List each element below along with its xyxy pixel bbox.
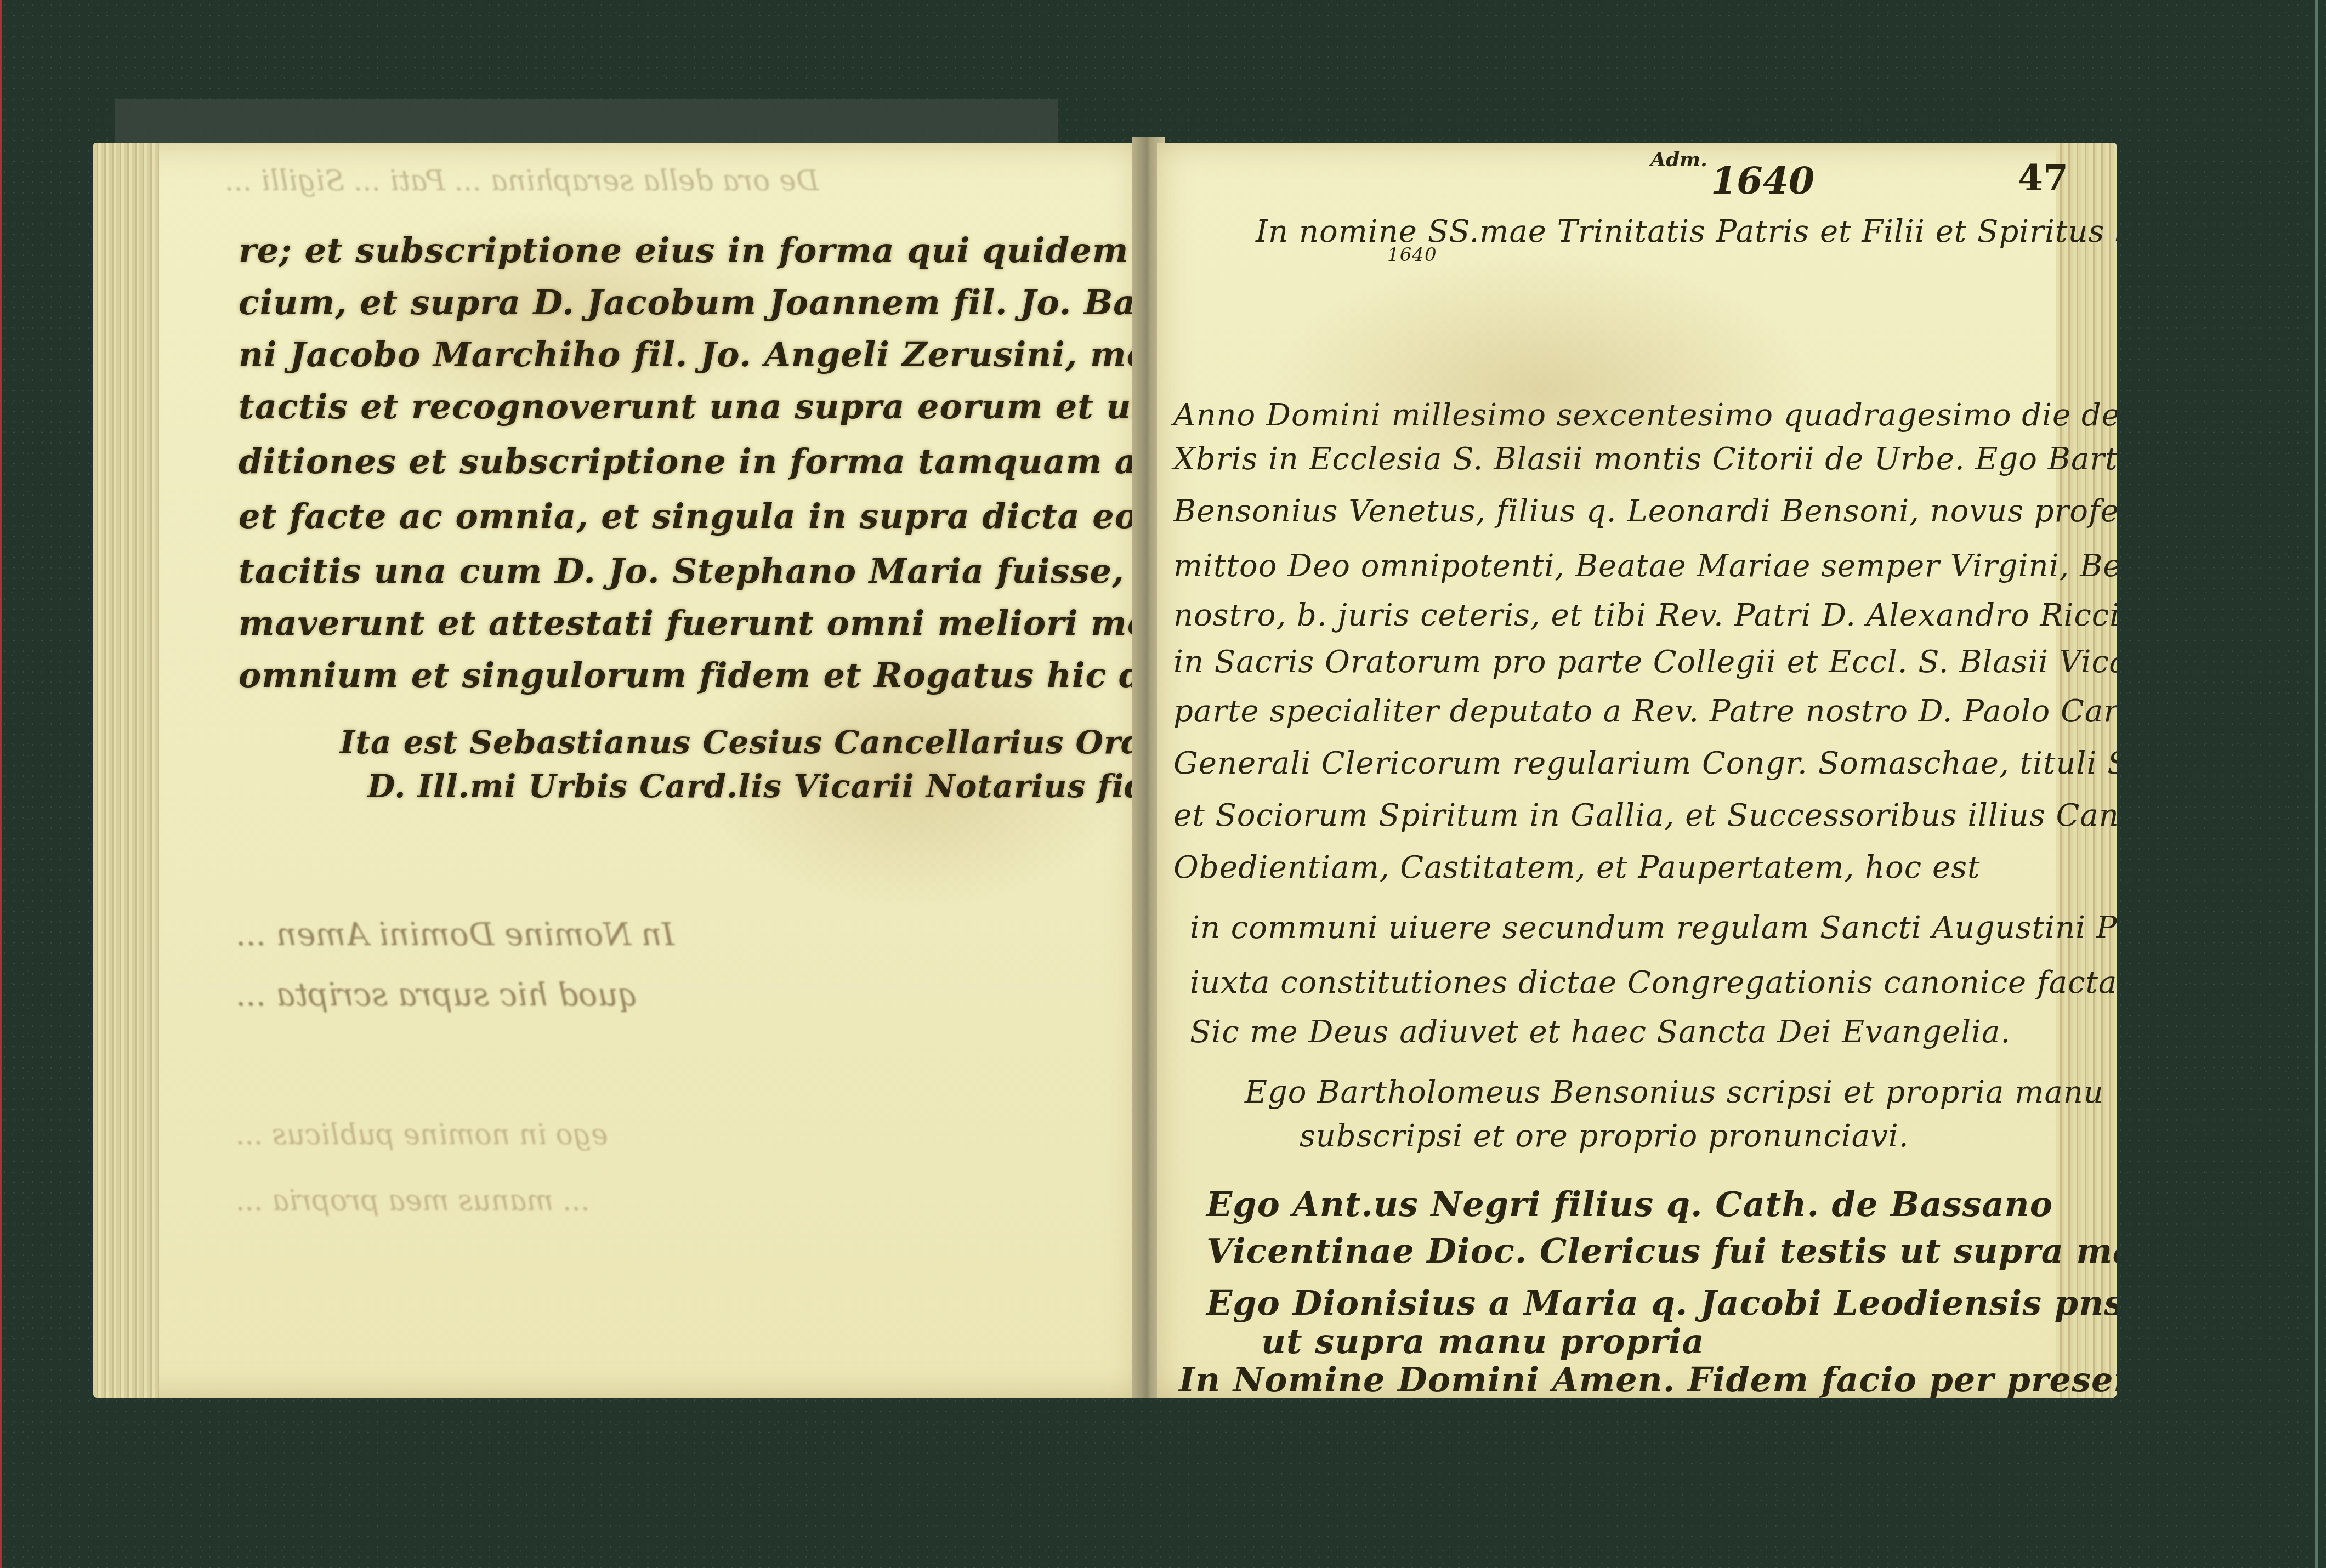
text-line: Sic me Deus adiuvet et haec Sancta Dei E… <box>1190 1014 2011 1050</box>
text-line: et facte ac omnia, et singula in supra d… <box>239 496 1141 536</box>
bleed-through-line: ego in nomine publicus ... <box>236 1118 608 1151</box>
text-line: mittoo Deo omnipotenti, Beatae Mariae se… <box>1173 548 2117 584</box>
text-line: ditiones et subscriptione in forma tamqu… <box>239 441 1141 481</box>
text-line: iuxta constitutiones dictae Congregation… <box>1190 965 2117 1001</box>
text-line: in Sacris Oratorum pro parte Collegii et… <box>1173 644 2117 680</box>
text-line: maverunt et attestati fuerunt omni melio… <box>239 603 1141 643</box>
text-line: ni Jacobo Marchiho fil. Jo. Angeli Zerus… <box>239 334 1141 374</box>
bleed-through-line: In Nomine Domini Amen ... <box>236 916 674 953</box>
witness-line: ut supra manu propria <box>1261 1321 1705 1361</box>
foxing-stain <box>1267 252 1815 526</box>
folio-number: 47 <box>2018 156 2068 199</box>
notary-signature: D. Ill.mi Urbis Card.lis Vicarii Notariu… <box>367 768 1141 805</box>
corner-note: Adm. <box>1650 148 1707 171</box>
glass-plate-edge <box>2315 0 2318 1568</box>
notarial-closing-line: In Nomine Domini Amen. Fidem facio per p… <box>1179 1360 2117 1398</box>
text-line: Bensonius Venetus, filius q. Leonardi Be… <box>1173 493 2117 529</box>
profession-signature: Ego Bartholomeus Bensonius scripsi et pr… <box>1245 1075 2104 1110</box>
text-line: nostro, b. juris ceteris, et tibi Rev. P… <box>1173 598 2117 633</box>
bleed-through-line: ... manus mea propria ... <box>236 1184 590 1217</box>
invocation-line: In nomine SS.mae Trinitatis Patris et Fi… <box>1256 214 2117 249</box>
text-line: Generali Clericorum regularium Congr. So… <box>1173 746 2117 781</box>
text-line: tacitis una cum D. Jo. Stephano Maria fu… <box>239 551 1141 591</box>
text-line: Obedientiam, Castitatem, et Paupertatem,… <box>1173 850 1980 885</box>
open-manuscript-book: De ora della seraphina ... Pati ... Sigi… <box>93 132 2117 1409</box>
text-line: cium, et supra D. Jacobum Joannem fil. J… <box>239 282 1141 322</box>
text-line: Anno Domini millesimo sexcentesimo quadr… <box>1173 397 2117 433</box>
profession-signature: subscripsi et ore proprio pronunciavi. <box>1300 1118 1909 1154</box>
text-line: tactis et recognoverunt una supra eorum … <box>239 387 1141 427</box>
text-line: omnium et singulorum fidem et Rogatus hi… <box>239 655 1141 695</box>
year-heading: 1640 <box>1711 159 1814 203</box>
text-line: re; et subscriptione eius in forma qui q… <box>239 230 1141 270</box>
left-page: De ora della seraphina ... Pati ... Sigi… <box>93 143 1141 1398</box>
bleed-through-line: quod hic supra scripta ... <box>236 976 638 1013</box>
year-annotation: 1640 <box>1387 244 1437 266</box>
text-line: in communi uiuere secundum regulam Sanct… <box>1190 910 2117 946</box>
witness-line: Ego Ant.us Negri filius q. Cath. de Bass… <box>1206 1184 2053 1224</box>
left-page-edges <box>93 143 159 1398</box>
text-line: parte specialiter deputato a Rev. Patre … <box>1173 694 2117 729</box>
notary-signature: Ita est Sebastianus Cesius Cancellarius … <box>340 724 1141 761</box>
text-line: et Sociorum Spiritum in Gallia, et Succe… <box>1173 798 2117 833</box>
right-page: Adm. 1640 47 In nomine SS.mae Trinitatis… <box>1157 143 2117 1398</box>
witness-line: Ego Dionisius a Maria q. Jacobi Leodiens… <box>1206 1283 2117 1323</box>
scan-edge-strip <box>0 0 2 1568</box>
witness-line: Vicentinae Dioc. Clericus fui testis ut … <box>1206 1231 2117 1271</box>
header-bleed-through: De ora della seraphina ... Pati ... Sigi… <box>225 164 819 197</box>
text-line: Xbris in Ecclesia S. Blasii montis Citor… <box>1173 441 2117 477</box>
